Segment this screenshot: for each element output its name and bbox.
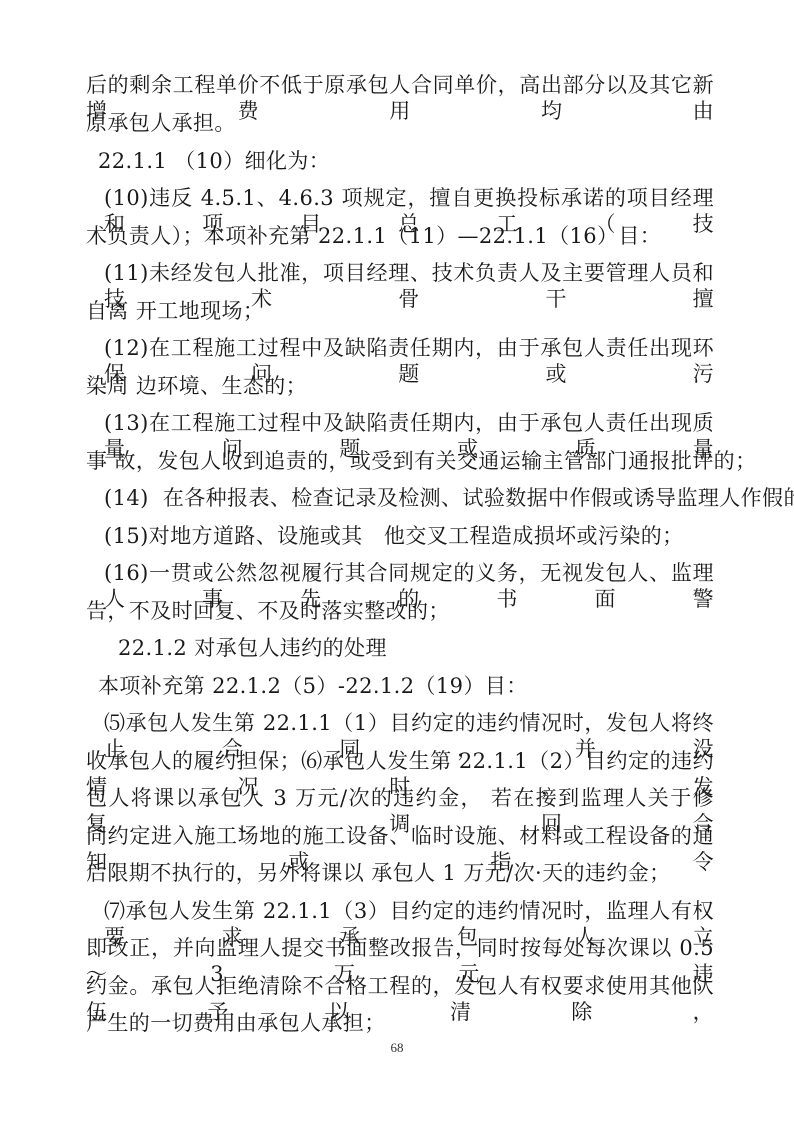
page-number: 68	[0, 1040, 794, 1056]
text-line: 原承包人承担。	[86, 110, 714, 136]
text-line: 后限期不执行的，另外将课以 承包人 1 万元/次·天的违约金；	[86, 860, 714, 886]
document-page: 后的剩余工程单价不低于原承包人合同单价，高出部分以及其它新增费用均由原承包人承担…	[0, 0, 794, 1122]
text-line: (15)对地方道路、设施或其 他交叉工程造成损坏或污染的；	[104, 523, 714, 549]
text-line: 22.1.1 （10）细化为：	[98, 148, 714, 174]
text-line: 22.1.2 对承包人违约的处理	[118, 635, 714, 661]
text-line: 染周 边环境、生态的；	[86, 373, 714, 399]
text-line: 事 故，发包人收到追责的，或受到有关交通运输主管部门通报批评的；	[86, 448, 714, 474]
text-line: 本项补充第 22.1.2（5）-22.1.2（19）目：	[98, 673, 714, 699]
text-line: (14) 在各种报表、检查记录及检测、试验数据中作假或诱导监理人作假的；	[104, 485, 714, 511]
text-line: 产生的一切费用由承包人承担；	[86, 1010, 714, 1036]
text-line: 告，不及时回复、不及时落实整改的；	[86, 598, 714, 624]
text-line: 术负责人）；本项补充第 22.1.1（11）—22.1.1（16）目：	[86, 223, 714, 249]
text-line: 自离 开工地现场；	[86, 298, 714, 324]
